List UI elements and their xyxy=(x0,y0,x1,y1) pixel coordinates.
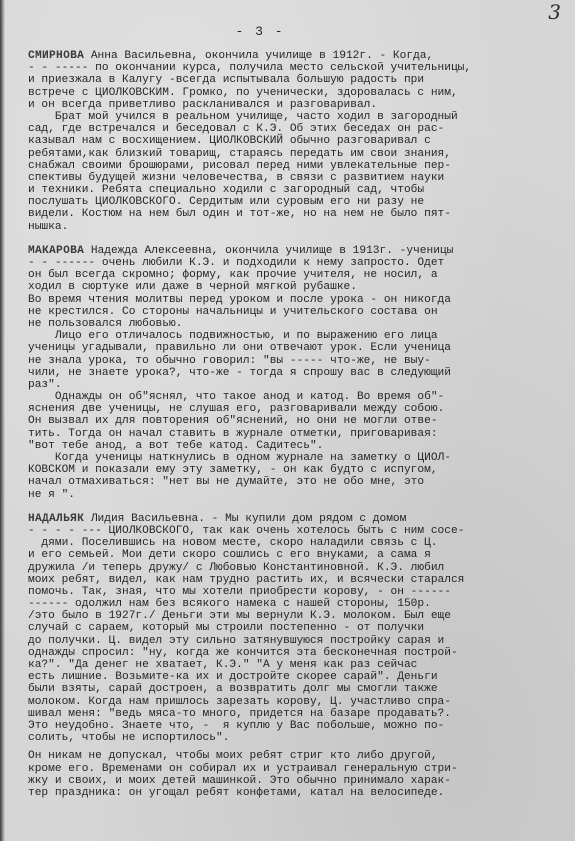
text-line: Когда ученицы наткнулись в одном журнале… xyxy=(28,452,558,464)
text-line: Лидия Васильевна. - Мы купили дом рядом … xyxy=(84,513,406,525)
text-line: ребятами,как близкий товарищ, стараясь п… xyxy=(28,148,558,160)
text-line: КОВСКОМ и показали ему эту заметку, - он… xyxy=(28,464,558,476)
text-line: начал отмахиваться: "нет вы не думайте, … xyxy=(28,476,558,488)
text-line: жку и своих, и моих детей машинкой. Это … xyxy=(28,775,558,787)
section-gap xyxy=(28,501,558,513)
text-line: дружила /и теперь дружу/ с Любовью Конст… xyxy=(28,562,558,574)
text-line: не знала урока, то обычно говорил: "вы -… xyxy=(28,355,558,367)
testimony-smirnova: СМИРНОВА Анна Васильевна, окончила учили… xyxy=(28,50,558,233)
text-line: - - ------ очень любили К.Э. и подходили… xyxy=(28,257,558,269)
text-line: яснения две ученицы, не слушая его, разг… xyxy=(28,403,558,415)
section-gap xyxy=(28,233,558,245)
text-line: ------ одолжил нам без всякого намека с … xyxy=(28,598,558,610)
testimony-author-name: СМИРНОВА xyxy=(28,50,84,62)
text-line: Во время чтения молитвы перед уроком и п… xyxy=(28,294,558,306)
handwritten-page-mark: 3 xyxy=(548,6,561,18)
text-line: случай с сараем, который мы строили пост… xyxy=(28,622,558,634)
text-line: и приезжала в Калугу -всегда испытывала … xyxy=(28,74,558,86)
text-line: Он никам не допускал, чтобы моих ребят с… xyxy=(28,750,558,762)
text-line: молоком. Когда нам пришлось зарезать кор… xyxy=(28,696,558,708)
text-line: до получки. Ц. видел эту сильно затянувш… xyxy=(28,635,558,647)
text-line: помочь. Так, зная, что мы хотели приобре… xyxy=(28,586,558,598)
text-line: и он всегда приветливо раскланивался и р… xyxy=(28,99,558,111)
text-line: сад, где встречался и беседовал с К.Э. О… xyxy=(28,123,558,135)
scan-edge-shadow xyxy=(0,0,5,841)
text-line: - - - - --- ЦИОЛКОВСКОГО, так как очень … xyxy=(28,525,558,537)
text-line: нышка. xyxy=(28,221,558,233)
testimony-makarova: МАКАРОВА Надежда Алексеевна, окончила уч… xyxy=(28,245,558,501)
text-line: однажды спросил: "ну, когда же кончится … xyxy=(28,647,558,659)
text-line: шивал меня: "ведь мяса-то много, придетс… xyxy=(28,708,558,720)
testimony-author-name: МАКАРОВА xyxy=(28,245,84,257)
text-line: "вот тебе анод, а вот тебе катод. Садите… xyxy=(28,440,558,452)
text-line: ходил в сюртуке или даже в черной мягкой… xyxy=(28,281,558,293)
text-line: были взяты, сарай достроен, а возвратить… xyxy=(28,683,558,695)
text-line: не я ". xyxy=(28,489,558,501)
text-line: встрече с ЦИОЛКОВСКИМ. Громко, по ученич… xyxy=(28,87,558,99)
text-line: Надежда Алексеевна, окончила училище в 1… xyxy=(84,245,453,257)
text-line: кроме его. Временами он собирал их и уст… xyxy=(28,763,558,775)
text-line: и его семьей. Мои дети скоро сошлись с е… xyxy=(28,549,558,561)
text-line: /это было в 1927г./ Деньги эти мы вернул… xyxy=(28,610,558,622)
testimony-author-name: НАДАЛЬЯК xyxy=(28,513,84,525)
text-line: дями. Поселившись на новом месте, скоро … xyxy=(28,537,558,549)
text-line: не пользовался любовью. xyxy=(28,318,558,330)
text-line: моих ребят, видел, как нам трудно растит… xyxy=(28,574,558,586)
text-line: есть лишние. Возьмите-ка их и достройте … xyxy=(28,671,558,683)
text-line: чили, не знаете урока?, что-же - тогда я… xyxy=(28,367,558,379)
testimony-nadalyak: НАДАЛЬЯК Лидия Васильевна. - Мы купили д… xyxy=(28,513,558,745)
text-line: и техники. Ребята специально ходили с за… xyxy=(28,184,558,196)
text-line: послушать ЦИОЛКОВСКОГО. Сердитым или сур… xyxy=(28,196,558,208)
page-number: - 3 - xyxy=(0,26,520,38)
text-line: видели. Костюм на нем был один и тот-же,… xyxy=(28,208,558,220)
text-line: ученицы угадывали, правильно ли они отве… xyxy=(28,342,558,354)
text-line: - - ----- по окончании курса, получила м… xyxy=(28,62,558,74)
text-line: Брат мой учился в реальном училище, част… xyxy=(28,111,558,123)
typewritten-page: 3 - 3 - СМИРНОВА Анна Васильевна, окончи… xyxy=(0,0,575,841)
text-line: ка?". "Да денег не хватает, К.Э." "А у м… xyxy=(28,659,558,671)
text-line: Это неудобно. Знаете что, - я куплю у Ва… xyxy=(28,720,558,732)
document-body: СМИРНОВА Анна Васильевна, окончила учили… xyxy=(28,50,558,799)
text-line: казывал нам с восхищением. ЦИОЛКОВСКИЙ о… xyxy=(28,135,558,147)
text-line: Лицо его отличалось подвижностью, и по в… xyxy=(28,330,558,342)
text-line: солить, чтобы не испортилось". xyxy=(28,732,558,744)
text-line: Он вызвал их для повторения об"яснений, … xyxy=(28,415,558,427)
text-line: снабжал своими брошюрами, рисовал перед … xyxy=(28,160,558,172)
text-line: тить. Тогда он начал ставить в журнале о… xyxy=(28,428,558,440)
text-line: спективы будущей жизни человечества, в с… xyxy=(28,172,558,184)
text-line: Однажды он об"яснял, что такое анод и ка… xyxy=(28,391,558,403)
text-line: не крестился. Со стороны начальницы и уч… xyxy=(28,306,558,318)
closing-paragraph: Он никам не допускал, чтобы моих ребят с… xyxy=(28,750,558,799)
text-line: раз". xyxy=(28,379,558,391)
text-line: тер праздника: он угощал ребят конфетами… xyxy=(28,787,558,799)
text-line: Анна Васильевна, окончила училище в 1912… xyxy=(84,50,433,62)
text-line: он был всегда скромно; форму, как прочие… xyxy=(28,269,558,281)
